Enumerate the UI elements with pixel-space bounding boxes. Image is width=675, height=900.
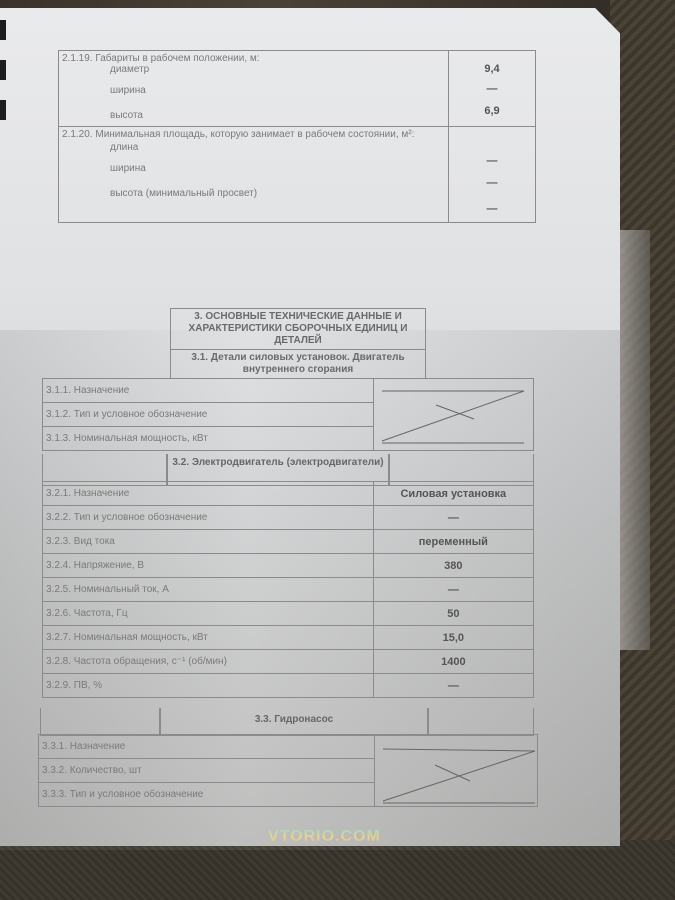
table-row: 3.2.4. Напряжение, В380	[43, 554, 534, 578]
section-title: 3. ОСНОВНЫЕ ТЕХНИЧЕСКИЕ ДАННЫЕ И ХАРАКТЕ…	[171, 309, 425, 350]
row-value: 15,0	[373, 626, 533, 650]
row-label: 3.1.3. Номинальная мощность, кВт	[43, 427, 374, 451]
table-row: 3.2.9. ПВ, %—	[43, 674, 534, 698]
table-row: 2.1.19. Габариты в рабочем положении, м:…	[59, 51, 536, 127]
row-label-width: ширина	[62, 163, 445, 174]
table-row: 3.2.8. Частота обращения, с⁻¹ (об/мин)14…	[43, 650, 534, 674]
subsection-title: 3.3. Гидронасос	[160, 708, 428, 736]
row-label: 3.1.2. Тип и условное обозначение	[43, 403, 374, 427]
section-3-heading: 3. ОСНОВНЫЕ ТЕХНИЧЕСКИЕ ДАННЫЕ И ХАРАКТЕ…	[170, 308, 426, 379]
row-value: 380	[373, 554, 533, 578]
electric-motor-table: 3.2.1. НазначениеСиловая установка3.2.2.…	[42, 481, 534, 698]
strike-through-icon	[375, 735, 543, 811]
row-value: —	[373, 506, 533, 530]
row-label: 3.2.5. Номинальный ток, А	[43, 578, 374, 602]
table-row: 3.2.2. Тип и условное обозначение—	[43, 506, 534, 530]
table-row: 3.2.5. Номинальный ток, А—	[43, 578, 534, 602]
table-row: 3.2.7. Номинальная мощность, кВт15,0	[43, 626, 534, 650]
row-label: 3.2.1. Назначение	[43, 482, 374, 506]
table-row: 3.2.1. НазначениеСиловая установка	[43, 482, 534, 506]
crossed-out-cell	[375, 735, 538, 807]
row-value: —	[373, 674, 533, 698]
value-height: 6,9	[452, 105, 532, 117]
binder-hole	[0, 100, 6, 120]
table-row: 3.2.6. Частота, Гц50	[43, 602, 534, 626]
row-label: 3.2.6. Частота, Гц	[43, 602, 374, 626]
table-row: 3.3.1. Назначение	[39, 735, 538, 759]
binder-hole	[0, 20, 6, 40]
row-label: 3.2.4. Напряжение, В	[43, 554, 374, 578]
row-label-diameter: диаметр	[62, 64, 445, 75]
row-label: 3.1.1. Назначение	[43, 379, 374, 403]
row-label: 3.2.2. Тип и условное обозначение	[43, 506, 374, 530]
hydraulic-pump-table: 3.3.1. Назначение 3.3.2. Количество, шт …	[38, 734, 538, 807]
row-label-length: длина	[62, 142, 445, 153]
value-length: —	[452, 155, 532, 167]
dimensions-table: 2.1.19. Габариты в рабочем положении, м:…	[58, 50, 536, 223]
value-width: —	[452, 177, 532, 189]
row-heading: 2.1.19. Габариты в рабочем положении, м:	[62, 53, 260, 64]
row-value: Силовая установка	[373, 482, 533, 506]
row-label: 3.3.2. Количество, шт	[39, 759, 375, 783]
row-label: 3.2.8. Частота обращения, с⁻¹ (об/мин)	[43, 650, 374, 674]
row-label: 3.2.3. Вид тока	[43, 530, 374, 554]
row-value: 1400	[373, 650, 533, 674]
table-row: 3.2.3. Вид токапеременный	[43, 530, 534, 554]
row-label: 3.3.3. Тип и условное обозначение	[39, 783, 375, 807]
row-value: переменный	[373, 530, 533, 554]
subsection-3-3-heading: 3.3. Гидронасос	[40, 708, 534, 736]
value-diameter: 9,4	[452, 63, 532, 75]
crossed-out-cell	[373, 379, 533, 451]
row-heading: 2.1.20. Минимальная площадь, которую зан…	[62, 129, 414, 140]
row-value: —	[373, 578, 533, 602]
value-width: —	[452, 83, 532, 95]
row-value: 50	[373, 602, 533, 626]
row-label: 3.2.7. Номинальная мощность, кВт	[43, 626, 374, 650]
value-clearance: —	[452, 203, 532, 215]
table-row: 2.1.20. Минимальная площадь, которую зан…	[59, 127, 536, 223]
engine-table: 3.1.1. Назначение 3.1.2. Тип и условное …	[42, 378, 534, 451]
strike-through-icon	[374, 379, 534, 451]
subsection-3-1-title: 3.1. Детали силовых установок. Двигатель…	[171, 350, 425, 378]
binder-hole	[0, 60, 6, 80]
row-label: 3.3.1. Назначение	[39, 735, 375, 759]
table-row: 3.1.1. Назначение	[43, 379, 534, 403]
row-label: 3.2.9. ПВ, %	[43, 674, 374, 698]
watermark: VTORIO.COM	[268, 828, 381, 846]
row-label-width: ширина	[62, 85, 445, 96]
row-label-clearance: высота (минимальный просвет)	[62, 188, 445, 199]
row-label-height: высота	[62, 110, 445, 121]
